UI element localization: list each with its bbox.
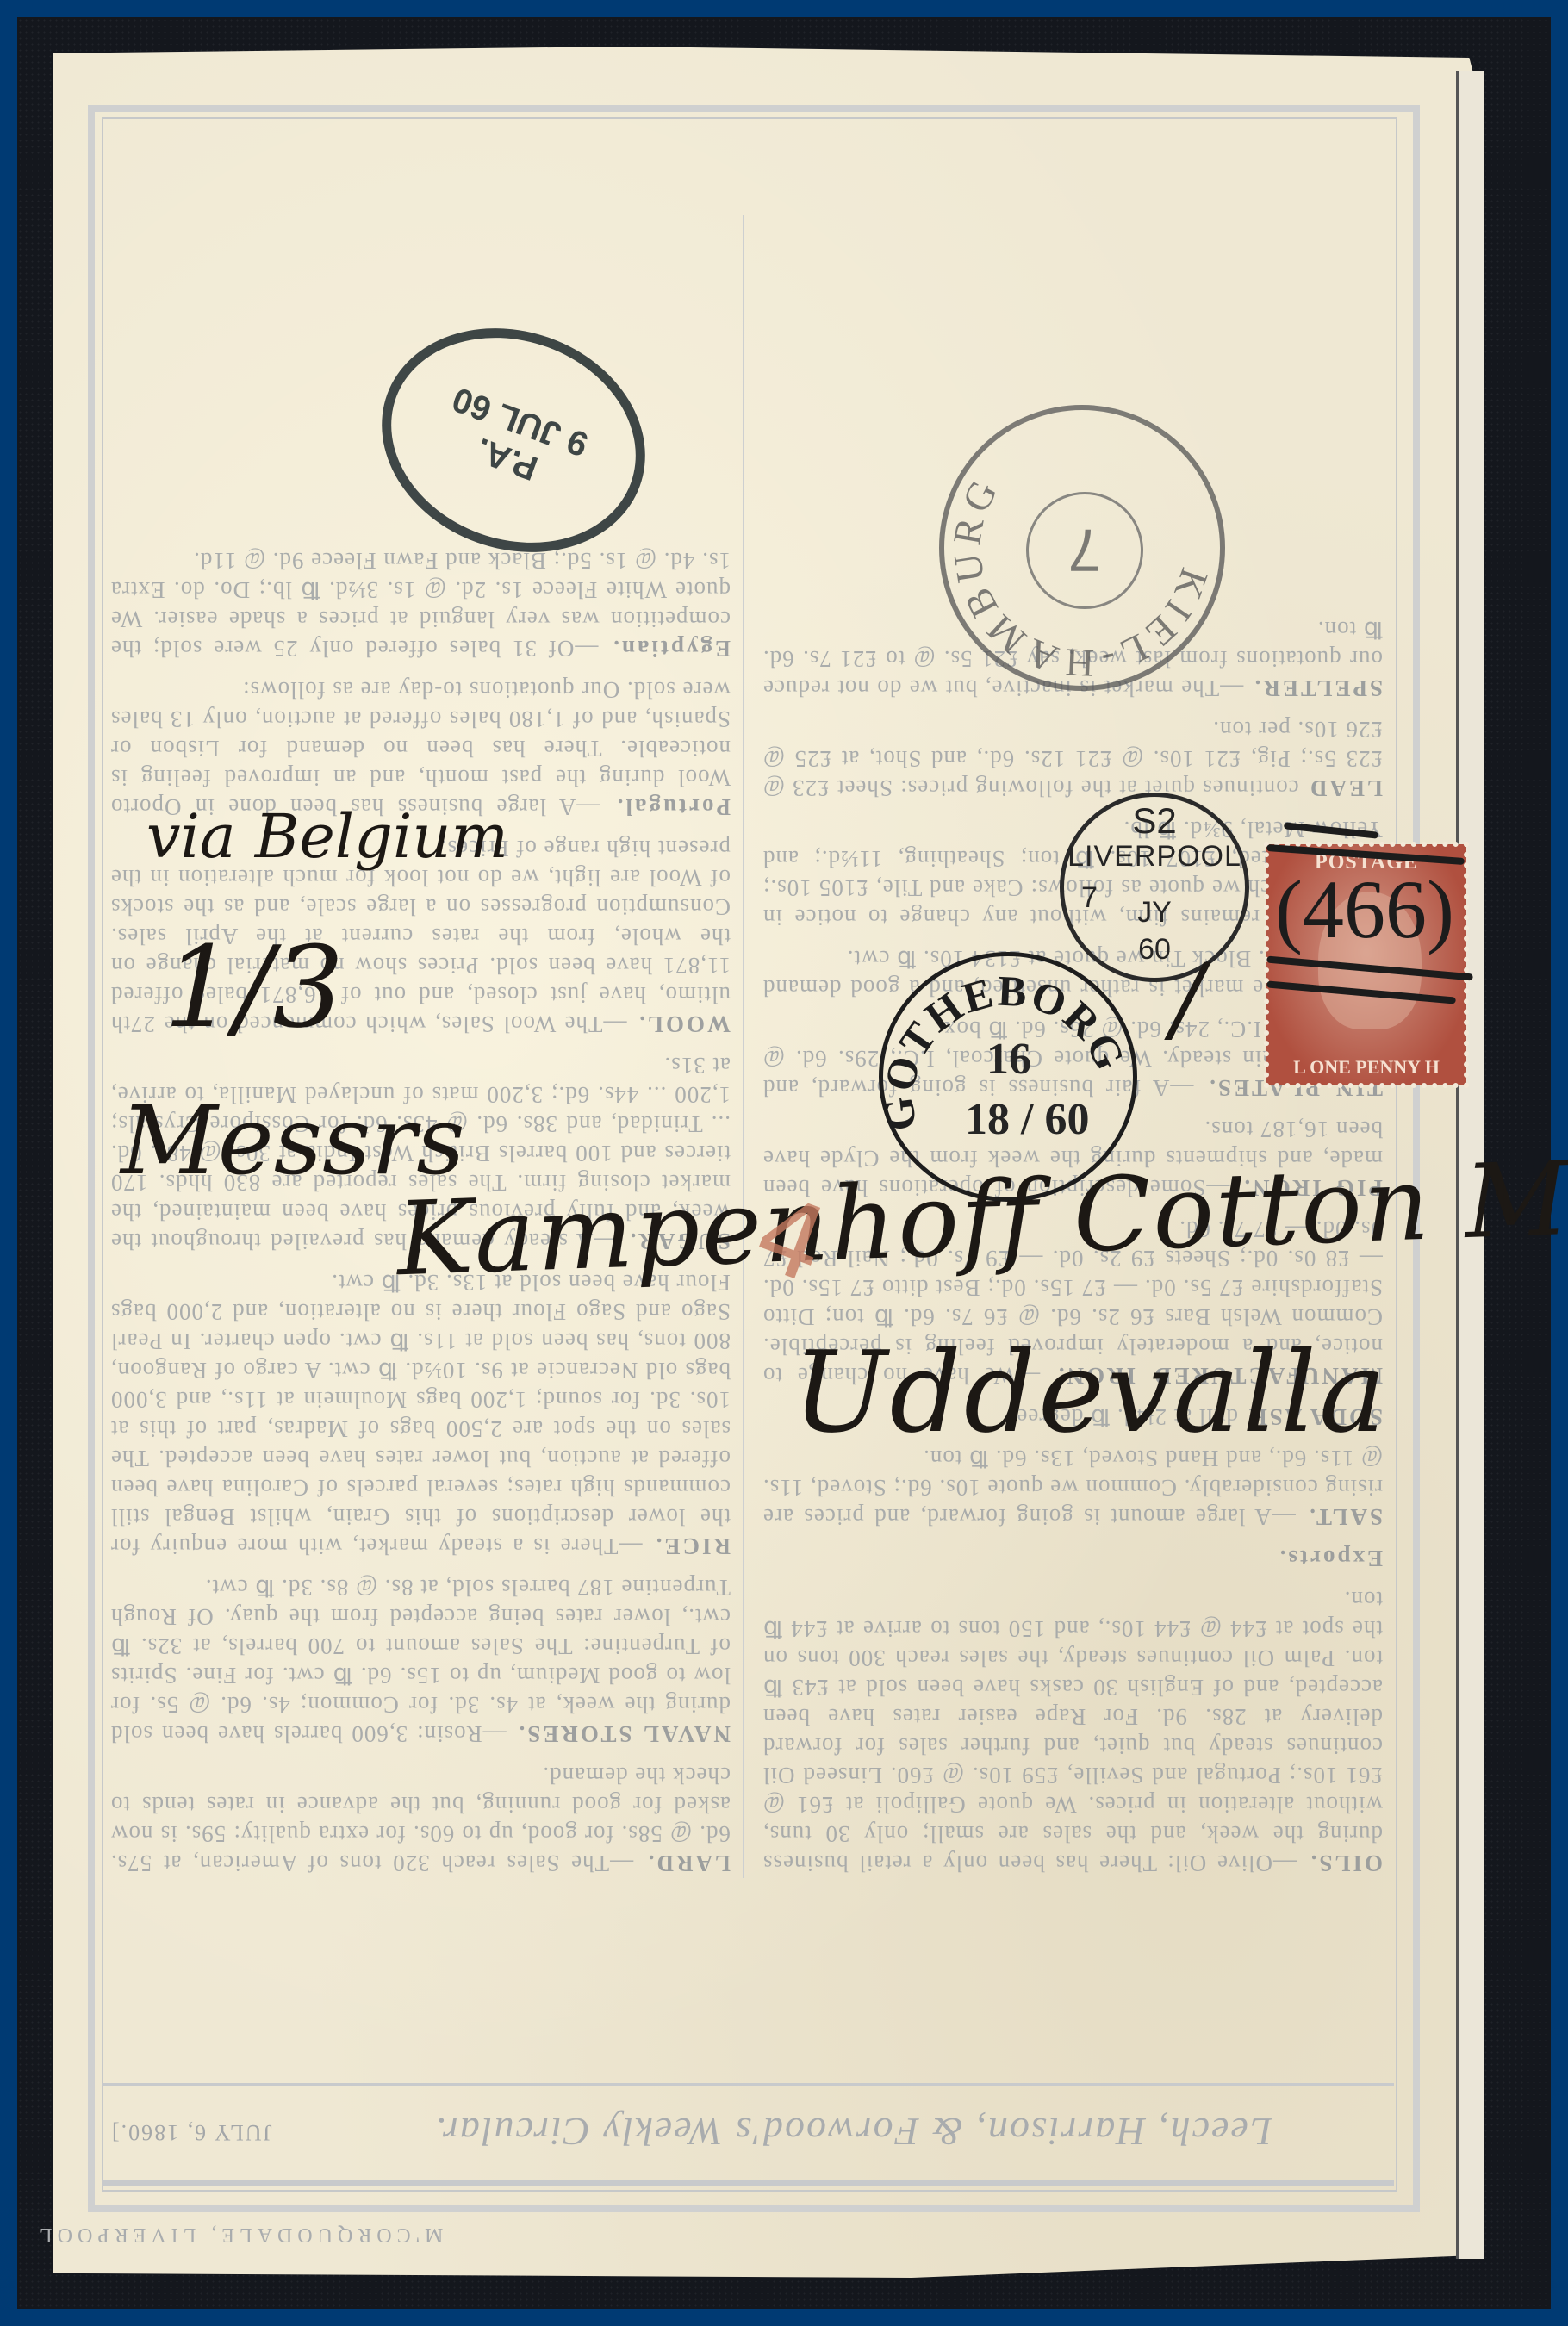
paragraph-heading: NAVAL STORES. bbox=[507, 1721, 731, 1747]
numeral-cancel: (466) bbox=[1232, 844, 1490, 1008]
destination-town: Uddevalla bbox=[793, 1327, 1389, 1458]
tick-mark: / bbox=[1172, 943, 1204, 1054]
circular-date: JULY 6, 1860.] bbox=[110, 2119, 272, 2145]
paragraph-heading: Exports. bbox=[1278, 1545, 1383, 1571]
circular-paragraph: LEAD continues quiet at the following pr… bbox=[762, 715, 1383, 803]
circular-paragraph: LARD. —The Sales reach 320 tons of Ameri… bbox=[110, 1761, 731, 1878]
paragraph-heading: Egyptian. bbox=[598, 636, 731, 662]
cancel-bar bbox=[1266, 956, 1473, 981]
paragraph-heading: SALT. bbox=[1296, 1504, 1383, 1530]
gothenburg-date-line: 18 / 60 bbox=[965, 1094, 1089, 1145]
paragraph-heading: Portugal. bbox=[600, 794, 731, 820]
paragraph-heading: LARD. bbox=[633, 1850, 731, 1876]
column-divider bbox=[743, 215, 744, 1878]
circular-paragraph: OILS. —Olive Oil: There has been only a … bbox=[762, 1585, 1383, 1878]
cancel-bar bbox=[1266, 980, 1456, 1004]
stamp-denomination: L ONE PENNY H bbox=[1266, 1056, 1466, 1079]
printer-imprint: M'CORQUODALE, LIVERPOOL bbox=[34, 2223, 443, 2246]
paragraph-heading: WOOL. bbox=[627, 1011, 731, 1037]
circular-paragraph: NAVAL STORES. —Rosin: 3,600 barrels have… bbox=[110, 1573, 731, 1749]
circular-title: Leech, Harrison, & Forwood's Weekly Circ… bbox=[336, 2109, 1370, 2155]
liverpool-office-code: S2 bbox=[1064, 800, 1245, 842]
liverpool-city: LIVERPOOL bbox=[1064, 840, 1245, 874]
cancel-number: (466) bbox=[1275, 861, 1454, 957]
circular-paragraph: Exports. bbox=[762, 1544, 1383, 1573]
postage-rate: 1/3 bbox=[164, 922, 344, 1053]
paragraph-heading: OILS. bbox=[1297, 1850, 1383, 1876]
paragraph-heading: SPELTER. bbox=[1243, 675, 1383, 701]
liverpool-month: JY bbox=[1064, 896, 1245, 930]
stamp-corner-right: H bbox=[1425, 1056, 1440, 1078]
liverpool-postmark: S2 LIVERPOOL 7 JY 60 bbox=[1060, 793, 1249, 982]
routing-instruction: via Belgium bbox=[146, 801, 508, 872]
paragraph-heading: RICE. bbox=[643, 1533, 731, 1559]
hamburg-postmark-center: 7 bbox=[1026, 492, 1143, 609]
circular-paragraph: RICE. —There is a steady market, with mo… bbox=[110, 1268, 731, 1561]
stamp-corner-left: L bbox=[1293, 1056, 1304, 1078]
paragraph-heading: LEAD bbox=[1299, 775, 1383, 801]
circular-paragraph: Egyptian. —Of 31 bales offered only 25 w… bbox=[110, 546, 731, 663]
circular-paragraph: Portugal. —A large business has been don… bbox=[110, 675, 731, 822]
stamp-denomination-text: ONE PENNY bbox=[1310, 1056, 1420, 1078]
gothenburg-day: 16 bbox=[986, 1034, 1031, 1085]
hamburg-postmark: KIEL-HAMBURG 7 bbox=[939, 405, 1225, 691]
